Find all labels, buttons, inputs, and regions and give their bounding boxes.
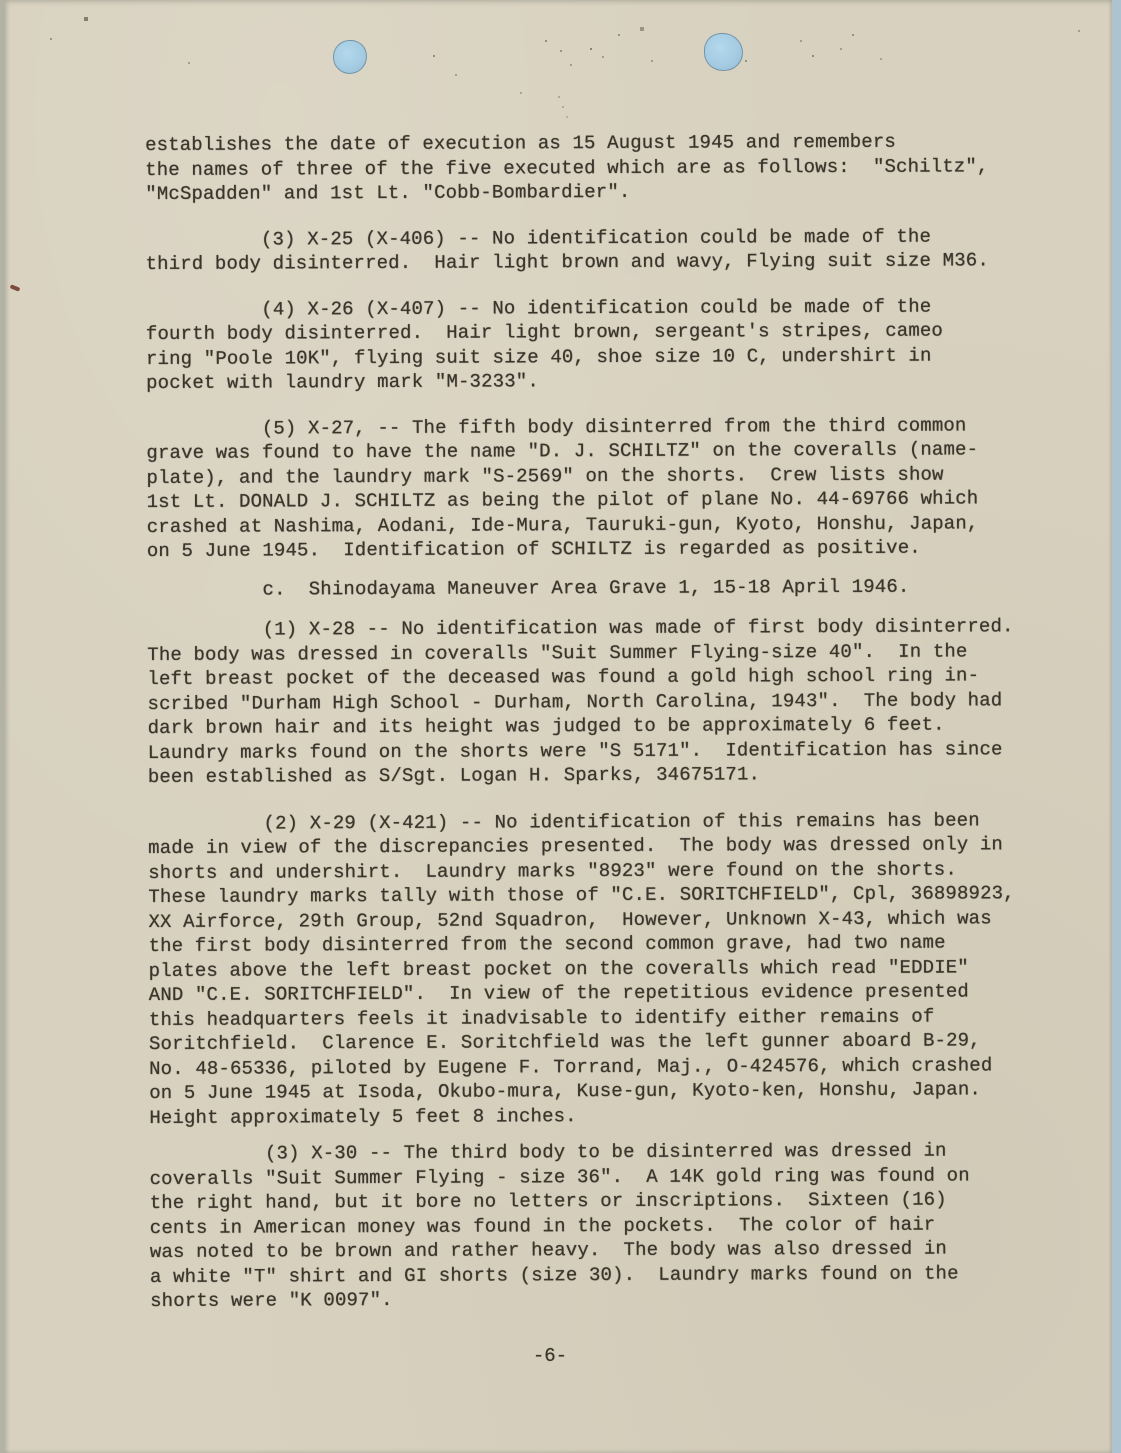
pencil-marks [0, 0, 2, 2]
text-line: cents in American money was found in the… [150, 1213, 936, 1238]
text-line: pocket with laundry mark "M-3233". [146, 370, 539, 394]
text-line: was noted to be brown and rather heavy. … [150, 1238, 947, 1263]
text-line: shorts and undershirt. Laundry marks "89… [148, 858, 957, 884]
text-line: "McSpadden" and 1st Lt. "Cobb-Bombardier… [145, 181, 630, 205]
text-line: establishes the date of execution as 15 … [145, 131, 896, 156]
text-line: left breast pocket of the deceased was f… [147, 664, 979, 690]
text-line: made in view of the discrepancies presen… [148, 833, 1003, 859]
text-line: coveralls "Suit Summer Flying - size 36"… [150, 1164, 970, 1190]
text-line: Laundry marks found on the shorts were "… [148, 738, 1003, 764]
punch-hole-left [333, 40, 367, 74]
text-line: The body was dressed in coveralls "Suit … [147, 640, 967, 666]
text-line: (3) X-25 (X-406) -- No identification co… [145, 225, 931, 250]
text-line: fourth body disinterred. Hair light brow… [146, 320, 943, 345]
text-line: No. 48-65336, piloted by Eugene F. Torra… [149, 1054, 992, 1080]
text-line: (2) X-29 (X-421) -- No identification of… [148, 809, 980, 835]
text-line: grave was found to have the name "D. J. … [146, 438, 978, 464]
text-line: 1st Lt. DONALD J. SCHILTZ as being the p… [147, 487, 979, 513]
text-line: XX Airforce, 29th Group, 52nd Squadron, … [148, 907, 991, 933]
paragraph-x25: (3) X-25 (X-406) -- No identification co… [145, 224, 1050, 277]
text-line: (5) X-27, -- The fifth body disinterred … [146, 414, 966, 440]
paragraph-x26: (4) X-26 (X-407) -- No identification co… [146, 294, 1051, 396]
text-line: this headquarters feels it inadvisable t… [149, 1005, 935, 1030]
paragraph-x27: (5) X-27, -- The fifth body disinterred … [146, 413, 1052, 564]
text-line: plate), and the laundry mark "S-2569" on… [146, 463, 943, 488]
text-line: crashed at Nashima, Aodani, Ide-Mura, Ta… [147, 512, 979, 538]
text-line: c. Shinodayama Maneuver Area Grave 1, 15… [147, 575, 910, 600]
paragraph-x30: (3) X-30 -- The third body to be disinte… [149, 1138, 1055, 1313]
text-line: on 5 June 1945 at Isoda, Okubo-mura, Kus… [149, 1078, 981, 1104]
text-line: third body disinterred. Hair light brown… [146, 249, 989, 275]
scanned-document: { "page": { "footer_page_number": "-6-",… [0, 0, 1121, 1453]
text-line: the names of three of the five executed … [145, 155, 988, 181]
text-line: the first body disinterred from the seco… [148, 932, 945, 957]
text-line: (4) X-26 (X-407) -- No identification co… [146, 295, 932, 320]
section-heading: c. Shinodayama Maneuver Area Grave 1, 15… [147, 574, 1052, 602]
text-line: These laundry marks tally with those of … [148, 882, 1014, 908]
text-line: scribed "Durham High School - Durham, No… [147, 689, 1002, 715]
paragraph-x29: (2) X-29 (X-421) -- No identification of… [148, 808, 1054, 1130]
text-line: shorts were "K 0097". [150, 1289, 393, 1312]
punch-hole-right [704, 33, 743, 71]
text-line: ring "Poole 10K", flying suit size 40, s… [146, 344, 932, 369]
text-line: (1) X-28 -- No identification was made o… [147, 615, 1013, 641]
text-line: the right hand, but it bore no letters o… [150, 1189, 947, 1214]
paragraph-continuation: establishes the date of execution as 15 … [145, 129, 1050, 206]
text-line: a white "T" shirt and GI shorts (size 30… [150, 1262, 959, 1288]
text-line: on 5 June 1945. Identification of SCHILT… [147, 537, 921, 562]
paragraph-x28: (1) X-28 -- No identification was made o… [147, 614, 1053, 789]
text-line: Soritchfield. Clarence E. Soritchfield w… [149, 1029, 981, 1055]
text-line: Height approximately 5 feet 8 inches. [149, 1105, 577, 1129]
text-line: been established as S/Sgt. Logan H. Spar… [148, 763, 760, 788]
scan-edge-left [0, 0, 5, 1453]
page-number: -6- [490, 1345, 610, 1367]
document-body: establishes the date of execution as 15 … [145, 129, 1055, 1334]
text-line: plates above the left breast pocket on t… [149, 956, 969, 982]
text-line: (3) X-30 -- The third body to be disinte… [149, 1140, 946, 1165]
text-line: AND "C.E. SORITCHFIELD". In view of the … [149, 980, 969, 1006]
text-line: dark brown hair and its height was judge… [148, 714, 945, 739]
